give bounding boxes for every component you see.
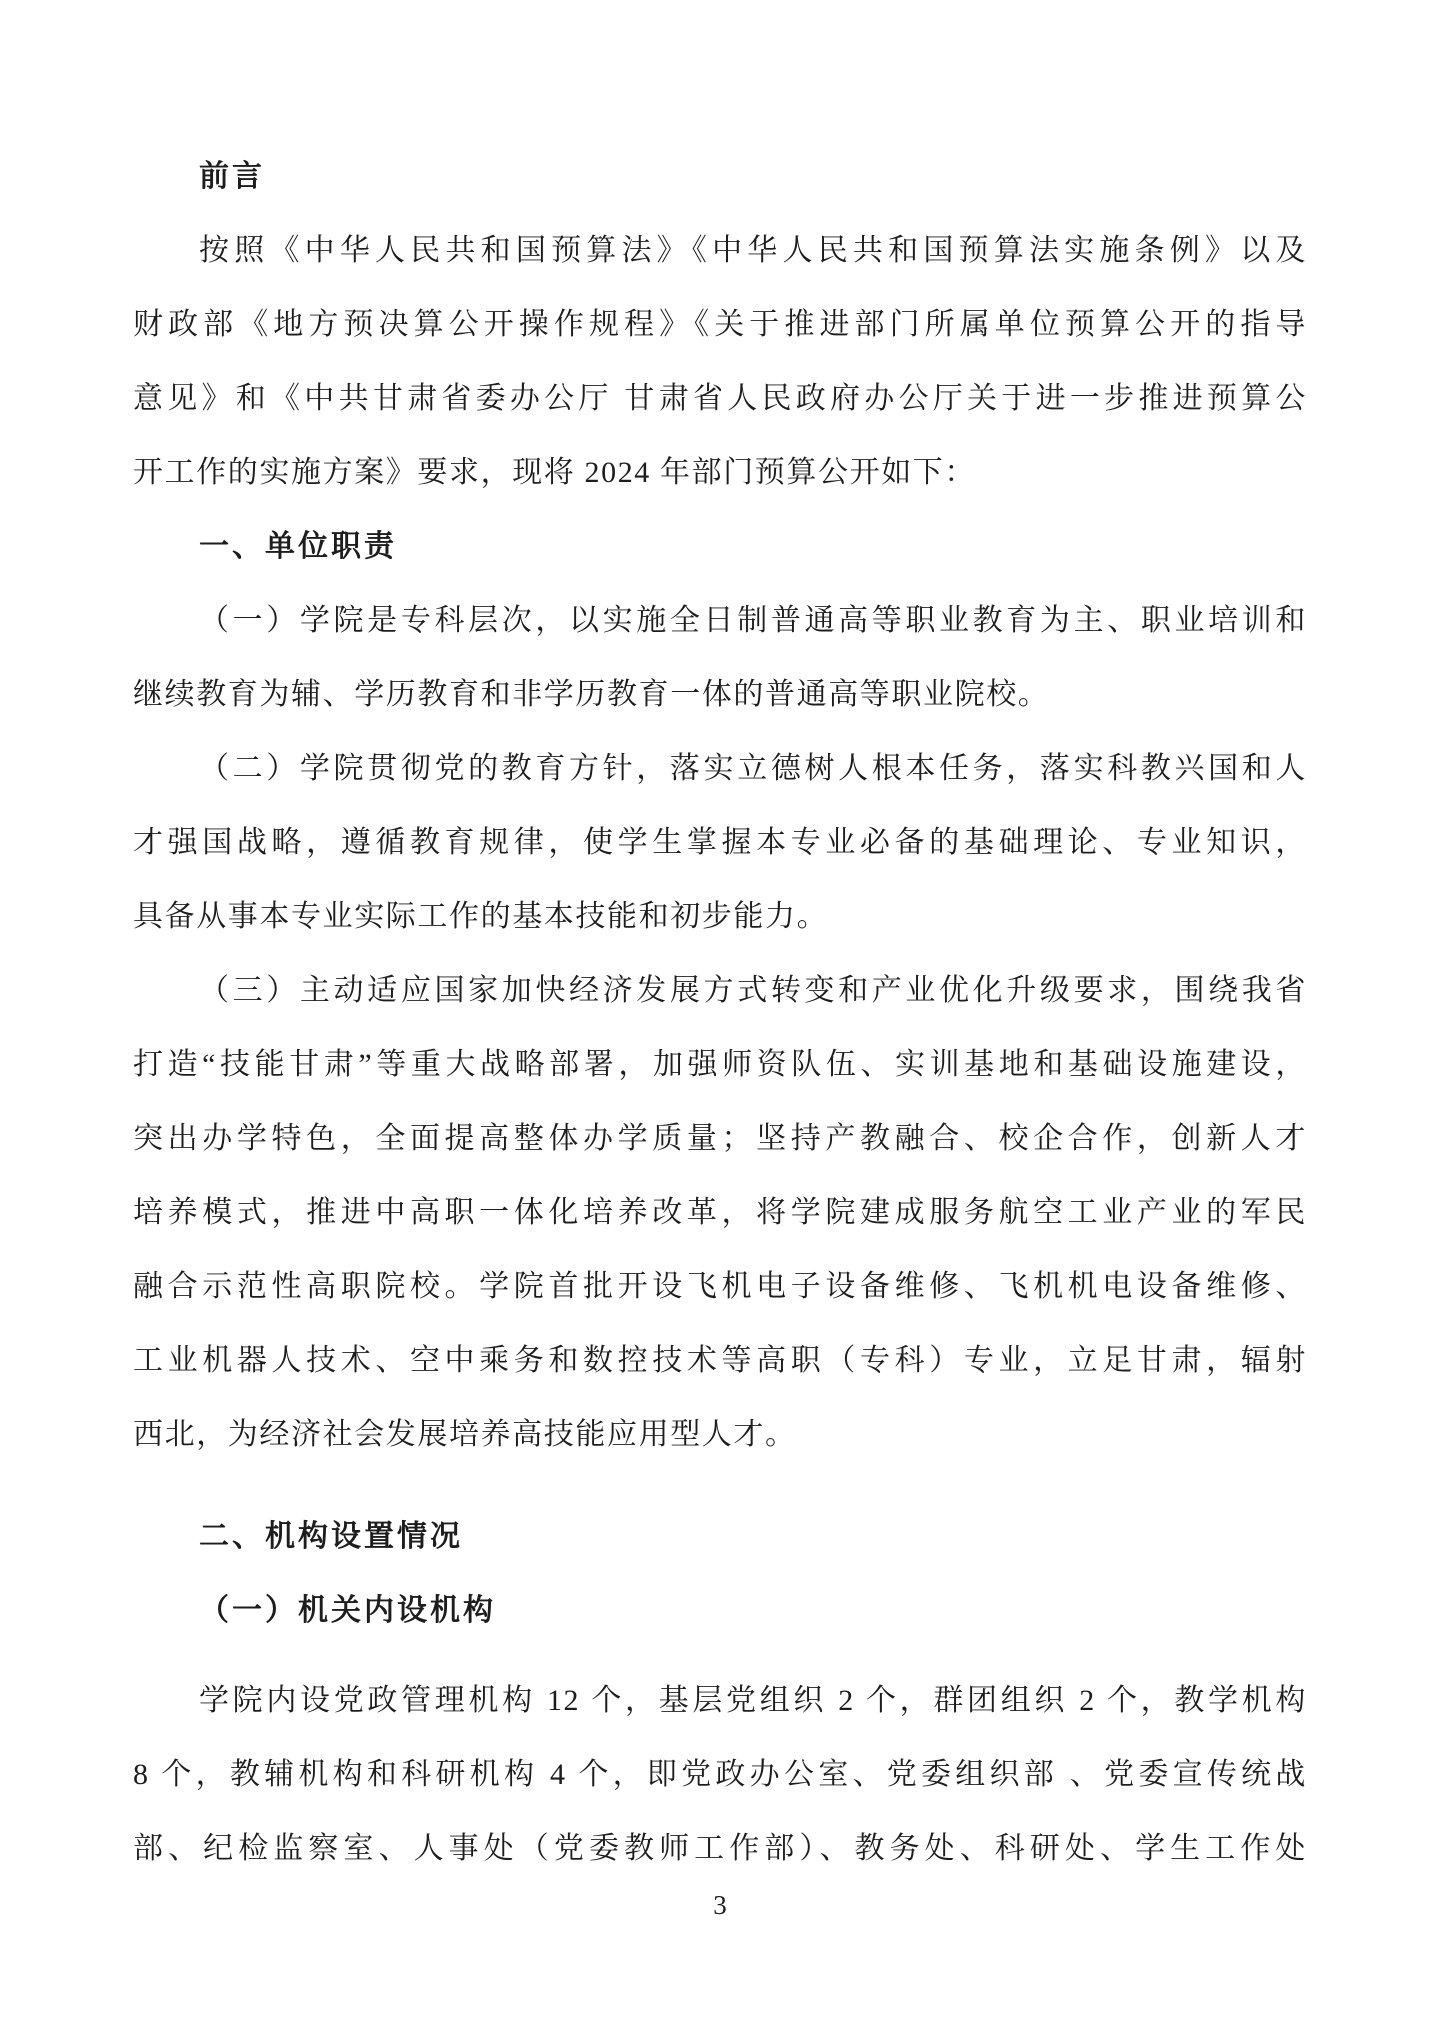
text-line: 西北，为经济社会发展培养高技能应用型人才。 bbox=[133, 1398, 1307, 1472]
text-line: 意见》和《中共甘肃省委办公厅 甘肃省人民政府办公厅关于进一步推进预算公 bbox=[133, 362, 1307, 436]
text-line: 突出办学特色，全面提高整体办学质量；坚持产教融合、校企合作，创新人才 bbox=[133, 1102, 1307, 1176]
heading-line: 二、机构设置情况 bbox=[133, 1500, 1307, 1574]
preface-heading: 前言 bbox=[133, 140, 1307, 214]
intro-paragraph: 按照《中华人民共和国预算法》《中华人民共和国预算法实施条例》以及 财政部《地方预… bbox=[133, 214, 1307, 510]
text-line: （二）学院贯彻党的教育方针，落实立德树人根本任务，落实科教兴国和人 bbox=[133, 732, 1307, 806]
duty-paragraph-2: （二）学院贯彻党的教育方针，落实立德树人根本任务，落实科教兴国和人 才强国战略，… bbox=[133, 732, 1307, 954]
text-line: 财政部《地方预决算公开操作规程》《关于推进部门所属单位预算公开的指导 bbox=[133, 288, 1307, 362]
text-line: （一）学院是专科层次，以实施全日制普通高等职业教育为主、职业培训和 bbox=[133, 584, 1307, 658]
text-line: 培养模式，推进中高职一体化培养改革，将学院建成服务航空工业产业的军民 bbox=[133, 1176, 1307, 1250]
text-line: 8 个，教辅机构和科研机构 4 个，即党政办公室、党委组织部 、党委宣传统战 bbox=[133, 1738, 1307, 1812]
text-line: 按照《中华人民共和国预算法》《中华人民共和国预算法实施条例》以及 bbox=[133, 214, 1307, 288]
text-line: 才强国战略，遵循教育规律，使学生掌握本专业必备的基础理论、专业知识， bbox=[133, 806, 1307, 880]
text-line: 工业机器人技术、空中乘务和数控技术等高职（专科）专业，立足甘肃，辐射 bbox=[133, 1324, 1307, 1398]
duty-paragraph-1: （一）学院是专科层次，以实施全日制普通高等职业教育为主、职业培训和 继续教育为辅… bbox=[133, 584, 1307, 732]
heading-line: （一）机关内设机构 bbox=[133, 1574, 1307, 1648]
text-line: 继续教育为辅、学历教育和非学历教育一体的普通高等职业院校。 bbox=[133, 658, 1307, 732]
document-page: 前言 按照《中华人民共和国预算法》《中华人民共和国预算法实施条例》以及 财政部《… bbox=[0, 0, 1443, 2017]
section-1-heading: 一、单位职责 bbox=[133, 510, 1307, 584]
section-2-sub-1-heading: （一）机关内设机构 bbox=[133, 1574, 1307, 1648]
text-line: 部、纪检监察室、人事处（党委教师工作部）、教务处、科研处、学生工作处 bbox=[133, 1812, 1307, 1886]
section-2-heading: 二、机构设置情况 bbox=[133, 1500, 1307, 1574]
text-line: 学院内设党政管理机构 12 个，基层党组织 2 个，群团组织 2 个，教学机构 bbox=[133, 1664, 1307, 1738]
text-line: （三）主动适应国家加快经济发展方式转变和产业优化升级要求，围绕我省 bbox=[133, 954, 1307, 1028]
duty-paragraph-3: （三）主动适应国家加快经济发展方式转变和产业优化升级要求，围绕我省 打造“技能甘… bbox=[133, 954, 1307, 1472]
text-line: 打造“技能甘肃”等重大战略部署，加强师资队伍、实训基地和基础设施建设， bbox=[133, 1028, 1307, 1102]
heading-line: 一、单位职责 bbox=[133, 510, 1307, 584]
page-number: 3 bbox=[133, 1886, 1307, 1924]
org-structure-paragraph: 学院内设党政管理机构 12 个，基层党组织 2 个，群团组织 2 个，教学机构 … bbox=[133, 1664, 1307, 1886]
heading-line: 前言 bbox=[133, 140, 1307, 214]
text-line: 具备从事本专业实际工作的基本技能和初步能力。 bbox=[133, 880, 1307, 954]
text-line: 开工作的实施方案》要求，现将 2024 年部门预算公开如下： bbox=[133, 436, 1307, 510]
text-line: 融合示范性高职院校。学院首批开设飞机电子设备维修、飞机机电设备维修、 bbox=[133, 1250, 1307, 1324]
